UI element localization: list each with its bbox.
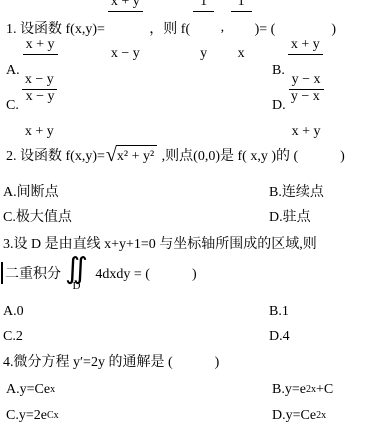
q1-option-c-label: C. <box>6 98 19 114</box>
question-4-options-row-2: C.y=2eCx D.y=Ce2x <box>0 406 391 426</box>
q3-stem-text-line2-post: 4dxdy = ( ) <box>92 263 197 283</box>
q3-stem-text-line2-pre: 二重积分 <box>5 263 61 283</box>
q4-option-a-expression: y=Ce <box>20 382 50 398</box>
q3-option-b-text: B.1 <box>269 304 289 320</box>
q2-option-b: B.连续点 <box>269 181 324 201</box>
q1-option-d-denominator: x + y <box>289 123 324 140</box>
q2-option-d-text: D.驻点 <box>269 206 311 226</box>
q4-option-b-label: B. <box>272 382 285 398</box>
question-2-options-row-1: A.间断点 B.连续点 <box>0 181 391 201</box>
q4-option-c-expression: y=2e <box>19 408 47 424</box>
q3-option-c: C.2 <box>3 329 269 345</box>
q2-radicand: x² + y² <box>116 145 157 165</box>
question-1-options-row-2: C. x − y x + y D. y − x x + y <box>0 89 391 123</box>
q1-option-d-label: D. <box>272 98 286 114</box>
q2-option-d: D.驻点 <box>269 206 311 226</box>
q2-option-c: C.极大值点 <box>3 206 269 226</box>
q3-option-c-text: C.2 <box>3 329 23 345</box>
question-3-stem-line-1: 3.设 D 是由直线 x+y+1=0 与坐标轴所围成的区域,则 <box>0 234 391 252</box>
question-3-stem-line-2: 二重积分 ∬ D 4dxdy = ( ) <box>0 252 391 294</box>
q4-option-a-exponent: x <box>50 385 55 395</box>
question-3-options-row-2: C.2 D.4 <box>0 328 391 346</box>
q2-stem-text-1: 2. 设函数 f(x,y)= <box>6 145 105 165</box>
q3-stem-text-line1: 3.设 D 是由直线 x+y+1=0 与坐标轴所围成的区域,则 <box>3 233 317 253</box>
q2-option-a-text: A.间断点 <box>3 181 59 201</box>
q4-option-a: A.y=Cex <box>6 382 272 398</box>
q4-option-c-label: C. <box>6 408 19 424</box>
q4-option-b: B.y=e2x+C <box>272 382 333 398</box>
q1-option-c-denominator: x + y <box>22 123 57 140</box>
q4-option-b-tail: +C <box>316 382 333 398</box>
q1-option-c-numerator: x − y <box>22 72 57 90</box>
q4-option-c: C.y=2eCx <box>6 408 272 424</box>
q2-stem-text-2: ,则点(0,0)是 f( x,y )的 ( ) <box>158 145 345 165</box>
q3-option-a-text: A.0 <box>3 304 24 320</box>
q2-option-a: A.间断点 <box>3 181 269 201</box>
q3-option-d: D.4 <box>269 329 290 345</box>
q4-option-a-label: A. <box>6 382 20 398</box>
q3-option-d-text: D.4 <box>269 329 290 345</box>
question-4-options-row-1: A.y=Cex B.y=e2x+C <box>0 380 391 400</box>
q3-option-b: B.1 <box>269 304 289 320</box>
q4-option-d-exponent: 2x <box>316 411 326 421</box>
math-quiz-sheet: 1. 设函数 f(x,y)= x + y x − y ，则 f( 1 y , 1… <box>0 6 391 432</box>
double-integral-domain-subscript: D <box>72 281 80 292</box>
q4-option-c-exponent: Cx <box>47 411 59 421</box>
q4-option-b-expression: y=e <box>285 382 306 398</box>
double-integral: ∬ D <box>65 254 88 292</box>
double-integral-sign: ∬ <box>65 254 88 283</box>
q4-option-d-label: D. <box>272 408 286 424</box>
q2-option-b-text: B.连续点 <box>269 181 324 201</box>
question-2-options-row-2: C.极大值点 D.驻点 <box>0 206 391 226</box>
q4-stem-text: 4.微分方程 y′=2y 的通解是 ( ) <box>3 351 219 371</box>
q4-option-d-expression: y=Ce <box>286 408 316 424</box>
q3-option-a: A.0 <box>3 304 269 320</box>
q2-option-c-text: C.极大值点 <box>3 206 72 226</box>
q2-square-root: √ x² + y² <box>106 145 157 165</box>
question-3-options-row-1: A.0 B.1 <box>0 303 391 321</box>
q4-option-d: D.y=Ce2x <box>272 408 326 424</box>
q1-option-d-numerator: y − x <box>289 72 324 90</box>
question-4-stem: 4.微分方程 y′=2y 的通解是 ( ) <box>0 352 391 370</box>
text-cursor <box>1 262 3 284</box>
q4-option-b-exponent: 2x <box>306 385 316 395</box>
